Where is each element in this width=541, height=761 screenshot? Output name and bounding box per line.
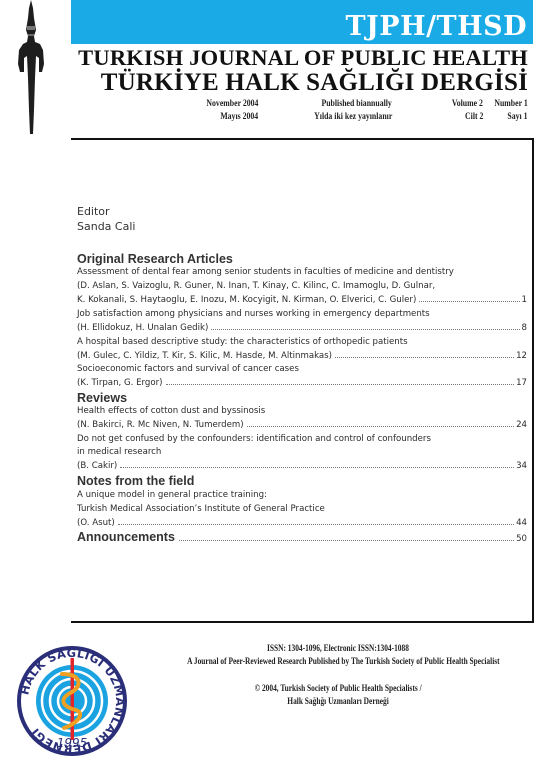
publication-frequency-tr: Yılda iki kez yayınlanır [314,112,392,122]
volume-number: Volume 2 [452,99,483,109]
page-number: 17 [516,378,527,388]
society-logo-icon: HALK SAĞLIĞI UZMANLARI DERNEĞİ 1995 [14,644,130,758]
toc-entry-title: in medical research [77,447,527,460]
frame-bottom-rule [71,621,534,623]
section-heading-reviews: Reviews [77,391,127,405]
page-number: 44 [516,518,527,528]
section-heading-notes-from-the-field: Notes from the field [77,474,194,488]
toc-entry-link[interactable]: (M. Gulec, C. Yildiz, T. Kir, S. Kilic, … [77,351,527,364]
section-heading-announcements: Announcements [77,530,175,544]
toc-entry-link[interactable]: (B. Cakir)34 [77,461,527,474]
issue-number: Number 1 [495,99,528,109]
page-number: 8 [522,323,527,333]
toc-entry-title: Do not get confused by the confounders: … [77,434,527,447]
volume-number-tr: Cilt 2 [465,112,483,122]
page-number: 50 [516,534,527,544]
toc-entry-title: A hospital based descriptive study: the … [77,337,527,350]
journal-banner: TJPH/THSD [71,0,533,44]
toc-entry-title: Socioeconomic factors and survival of ca… [77,364,527,377]
journal-abbreviation: TJPH/THSD [345,11,527,42]
publisher-line: A Journal of Peer-Reviewed Research Publ… [143,657,533,667]
society-name-tr: Halk Sağlığı Uzmanları Derneği [143,697,533,707]
toc-entry-authors: (D. Aslan, S. Vaizoglu, R. Guner, N. Ina… [77,281,527,294]
publication-frequency: Published biannually [322,99,392,109]
editor-label: Editor [77,205,110,218]
frame-right-rule [532,138,534,623]
journal-title-english: TURKISH JOURNAL OF PUBLIC HEALTH [78,45,528,71]
toc-announcements-link[interactable]: Announcements 50 [77,530,527,544]
figurine-logo-icon [14,0,48,136]
toc-entry-link[interactable]: K. Kokanali, S. Haytaoglu, E. Inozu, M. … [77,295,527,308]
frame-top-rule [71,138,534,140]
page-number: 24 [516,420,527,430]
toc-entry-link[interactable]: (K. Tirpan, G. Ergor)17 [77,378,527,391]
toc-entry-title: Health effects of cotton dust and byssin… [77,406,527,419]
issue-date: November 2004 [206,99,258,109]
editor-name: Sanda Cali [77,220,135,233]
svg-text:1995: 1995 [57,736,88,750]
issue-date-tr: Mayıs 2004 [220,112,258,122]
toc-entry-title: A unique model in general practice train… [77,490,527,503]
toc-entry-title: Job satisfaction among physicians and nu… [77,309,527,322]
toc-entry-link[interactable]: (N. Bakirci, R. Mc Niven, N. Tumerdem)24 [77,420,527,433]
page-number: 1 [522,295,527,305]
toc-entry-link[interactable]: (H. Ellidokuz, H. Unalan Gedik)8 [77,323,527,336]
page-number: 34 [516,461,527,471]
journal-title-turkish: TÜRKİYE HALK SAĞLIĞI DERGİSİ [101,69,528,97]
section-heading-original-research: Original Research Articles [77,252,233,266]
issn-line: ISSN: 1304-1096, Electronic ISSN:1304-10… [143,644,533,654]
issue-number-tr: Sayı 1 [508,112,528,122]
page-number: 12 [516,351,527,361]
copyright-line: © 2004, Turkish Society of Public Health… [143,684,533,694]
toc-entry-title: Turkish Medical Association’s Institute … [77,504,527,517]
toc-entry-title: Assessment of dental fear among senior s… [77,267,527,280]
